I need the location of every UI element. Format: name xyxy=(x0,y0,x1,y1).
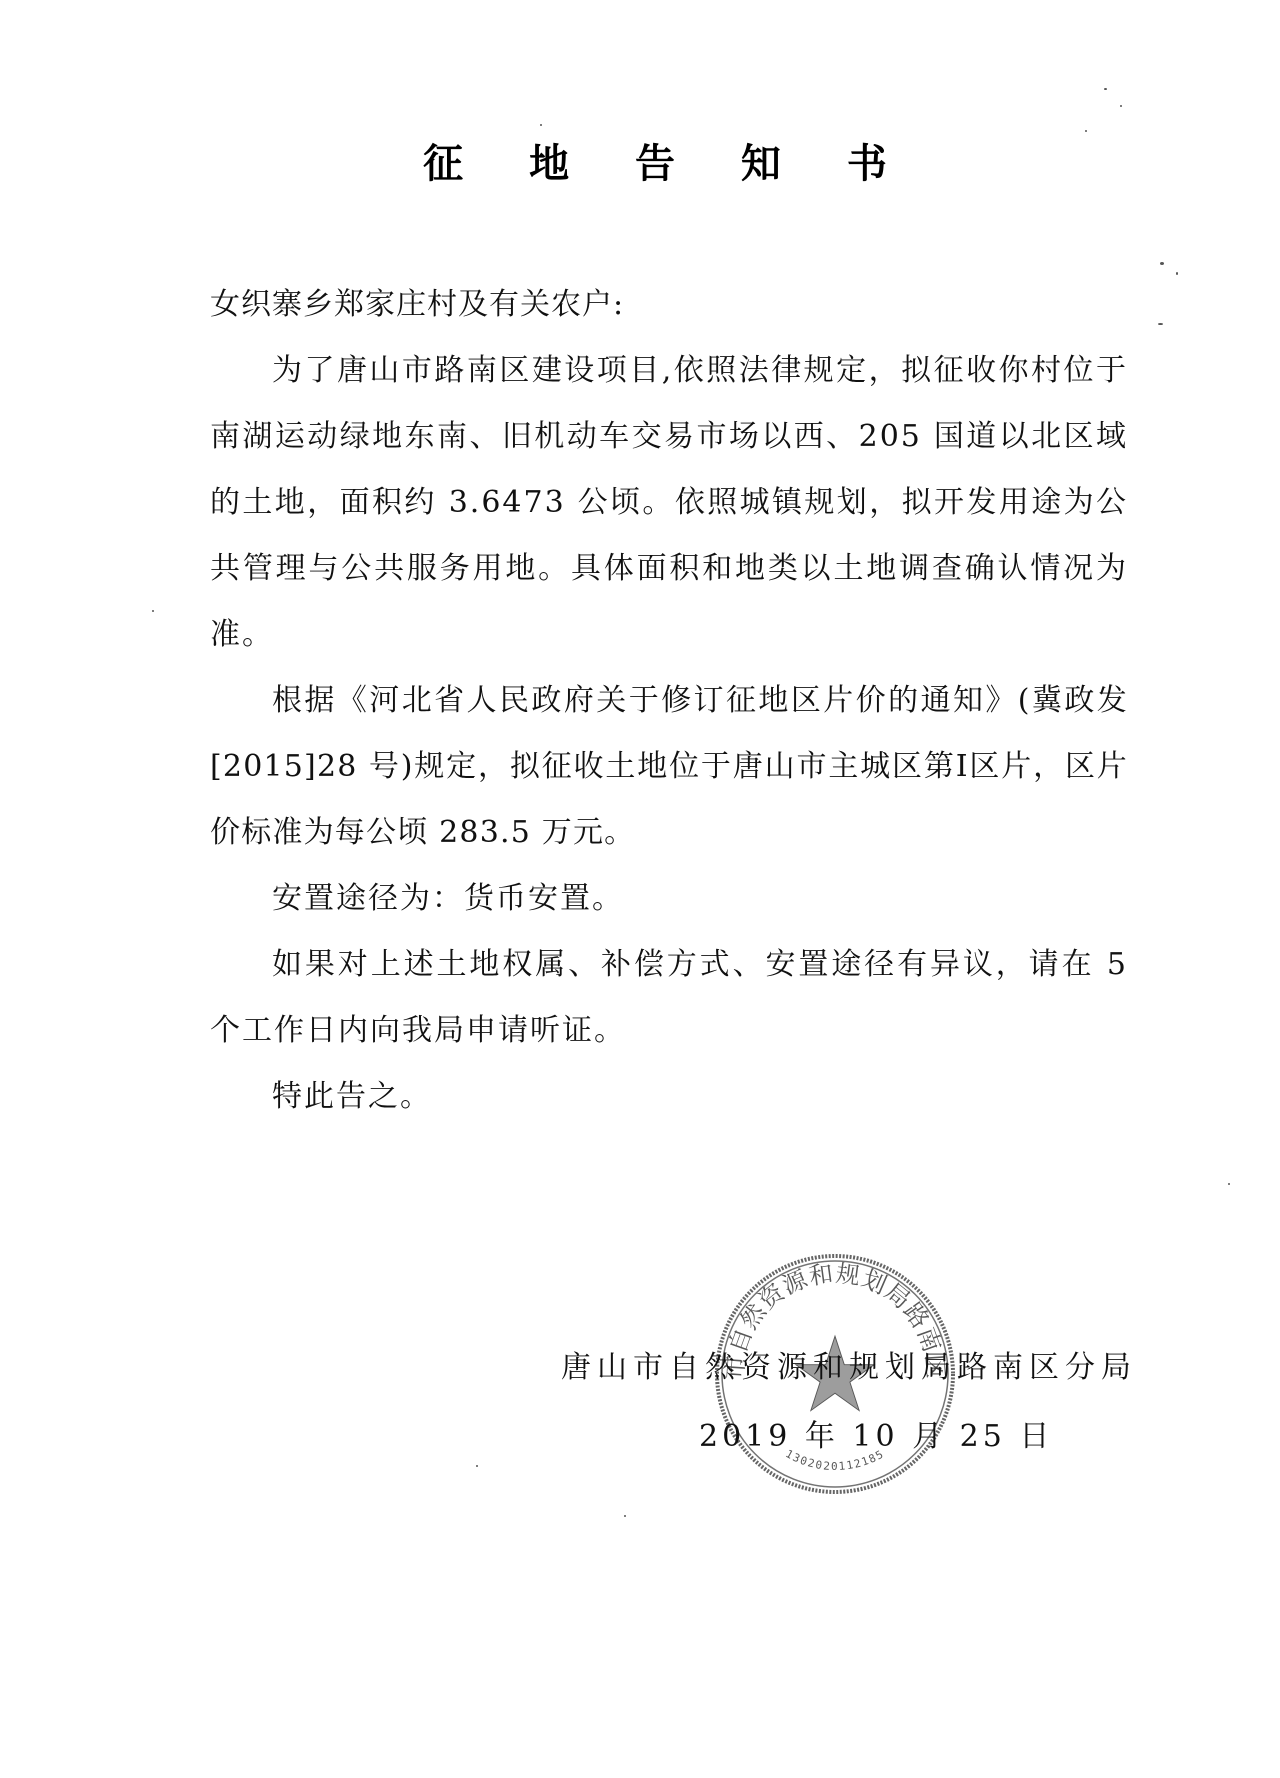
paragraph-land-acquisition: 为了唐山市路南区建设项目,依照法律规定，拟征收你村位于南湖运动绿地东南、旧机动车… xyxy=(210,338,1128,668)
paragraph-hearing-notice: 如果对上述土地权属、补偿方式、安置途径有异议，请在 5 个工作日内向我局申请听证… xyxy=(210,932,1128,1064)
scan-speck xyxy=(1158,323,1163,325)
paragraph-closing: 特此告之。 xyxy=(210,1064,1128,1130)
scan-speck xyxy=(1085,130,1087,132)
scan-speck xyxy=(624,1515,626,1517)
paragraph-compensation-standard: 根据《河北省人民政府关于修订征地区片价的通知》(冀政发[2015]28 号)规定… xyxy=(210,668,1128,866)
document-page: 征 地 告 知 书 女织寨乡郑家庄村及有关农户: 为了唐山市路南区建设项目,依照… xyxy=(0,0,1280,1778)
document-body: 女织寨乡郑家庄村及有关农户: 为了唐山市路南区建设项目,依照法律规定，拟征收你村… xyxy=(210,272,1128,1130)
scan-speck xyxy=(476,1465,478,1467)
scan-speck xyxy=(1228,1183,1230,1185)
scan-speck xyxy=(540,124,542,126)
scan-speck xyxy=(1104,88,1107,90)
scan-speck xyxy=(1120,105,1122,107)
scan-speck xyxy=(1160,262,1164,265)
scan-speck xyxy=(152,610,154,612)
scan-speck xyxy=(1176,272,1178,275)
issue-date: 2019 年 10 月 25 日 xyxy=(699,1415,979,1459)
paragraph-resettlement: 安置途径为：货币安置。 xyxy=(210,866,1128,932)
salutation: 女织寨乡郑家庄村及有关农户: xyxy=(210,272,1128,338)
document-title: 征 地 告 知 书 xyxy=(0,136,1280,192)
issuing-authority: 唐山市自然资源和规划局路南区分局 xyxy=(561,1346,1101,1390)
